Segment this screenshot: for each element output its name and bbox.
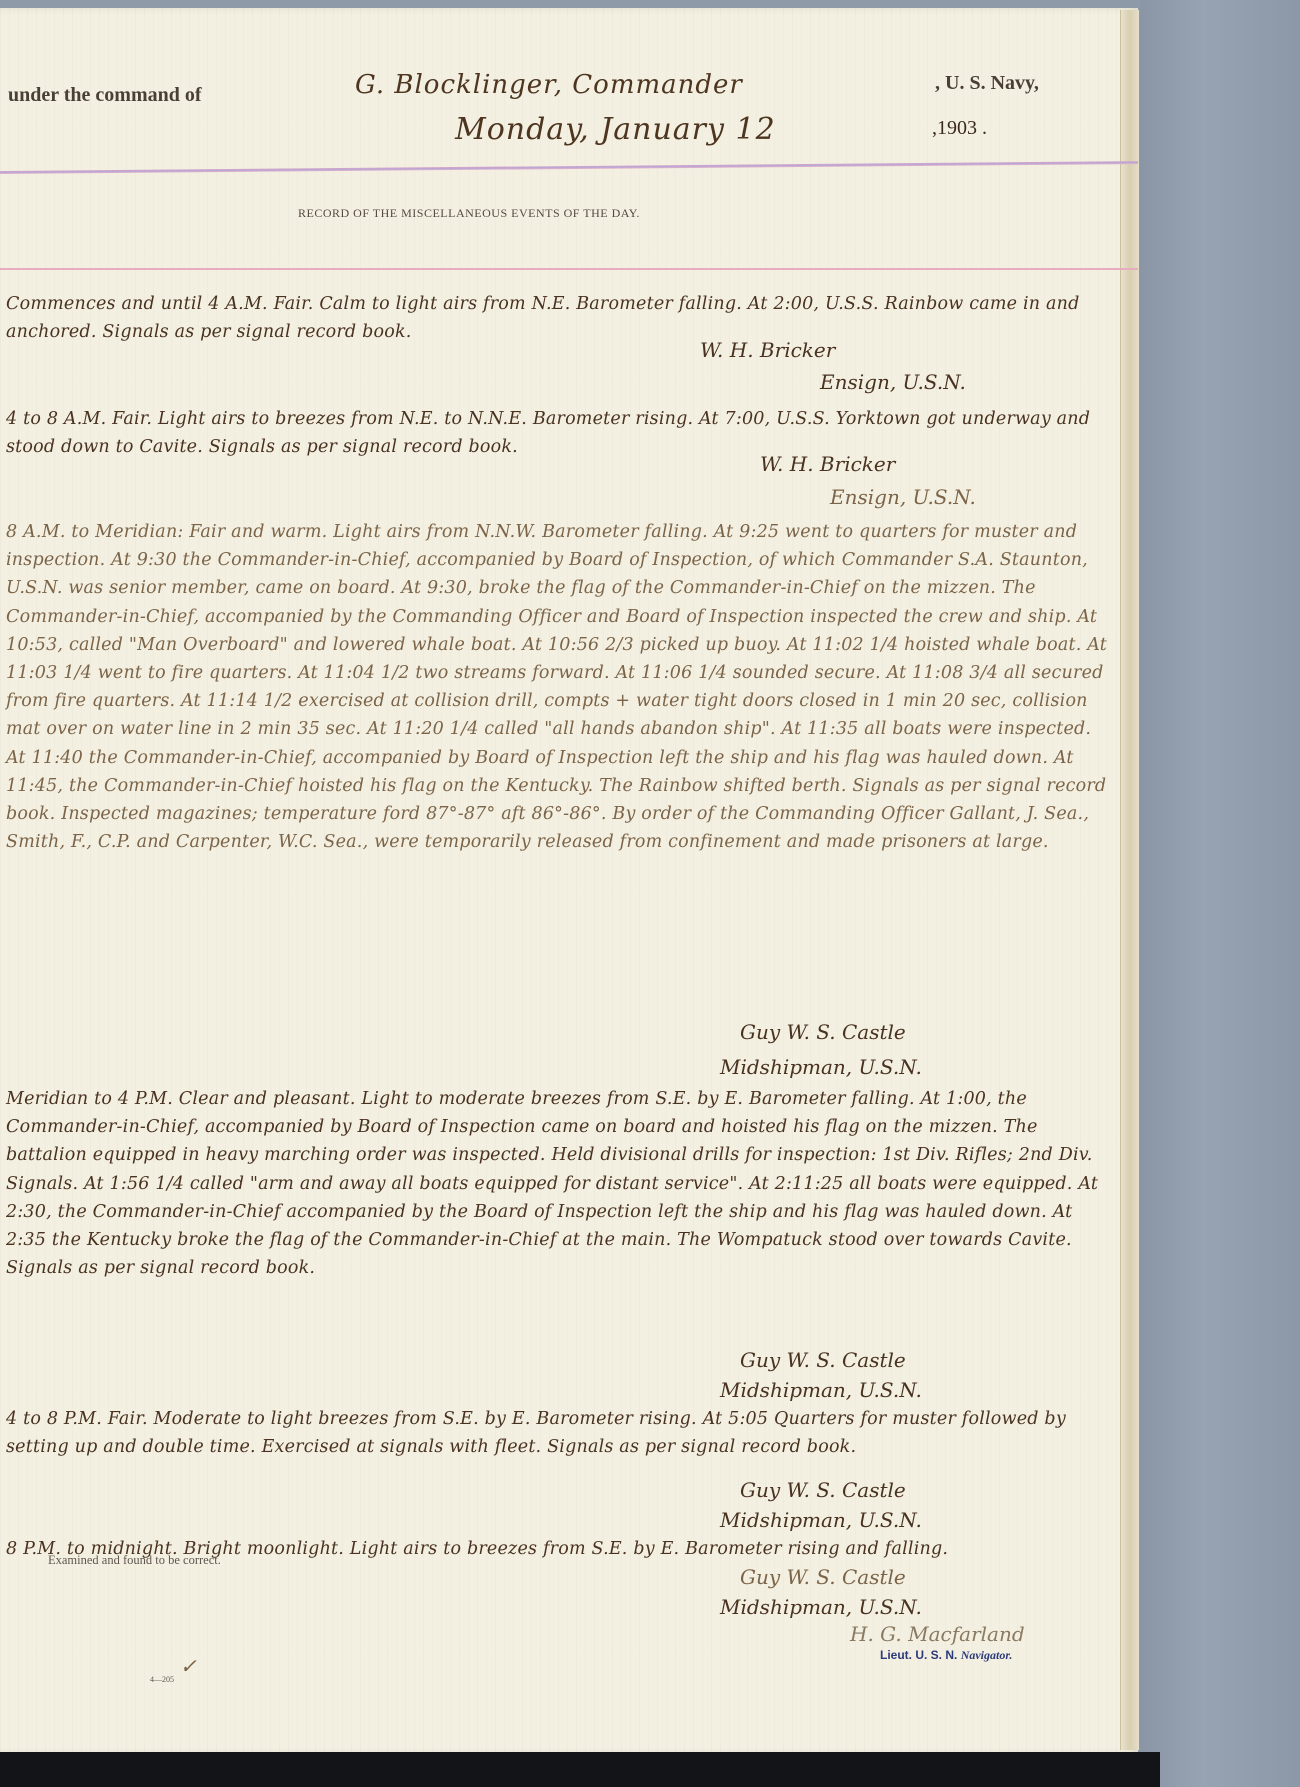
log-year: ,1903 .	[932, 117, 987, 140]
page-edge	[1120, 10, 1139, 1750]
service-label: , U. S. Navy,	[935, 72, 1039, 95]
log-entry-midnight-4am: Commences and until 4 A.M. Fair. Calm to…	[6, 290, 1116, 346]
section-title: RECORD OF THE MISCELLANEOUS EVENTS OF TH…	[298, 206, 640, 221]
navigator-signature: H. G. Macfarland	[850, 1622, 1025, 1646]
section-rule	[0, 268, 1138, 270]
log-entry-8am-meridian: 8 A.M. to Meridian: Fair and warm. Light…	[6, 518, 1116, 856]
entry-signature: Guy W. S. Castle	[740, 1020, 906, 1044]
entry-rank: Midshipman, U.S.N.	[720, 1595, 922, 1619]
entry-rank: Midshipman, U.S.N.	[720, 1378, 922, 1402]
entry-rank: Ensign, U.S.N.	[830, 485, 976, 509]
entry-rank: Midshipman, U.S.N.	[720, 1055, 922, 1079]
examined-label: Examined and found to be correct.	[48, 1553, 221, 1568]
log-entry-meridian-4pm: Meridian to 4 P.M. Clear and pleasant. L…	[6, 1085, 1116, 1282]
background-bottom	[0, 1752, 1160, 1787]
form-number: 4—205	[150, 1675, 174, 1684]
command-label: under the command of	[8, 84, 202, 107]
navigator-title: Lieut. U. S. N. Navigator.	[880, 1648, 1012, 1663]
entry-rank: Midshipman, U.S.N.	[720, 1508, 922, 1532]
navigator-title-prefix: Lieut. U. S. N.	[880, 1648, 957, 1662]
entry-signature: W. H. Bricker	[700, 338, 835, 362]
entry-signature: Guy W. S. Castle	[740, 1565, 906, 1589]
entry-signature: W. H. Bricker	[760, 452, 895, 476]
entry-rank: Ensign, U.S.N.	[820, 370, 966, 394]
log-entry-4pm-8pm: 4 to 8 P.M. Fair. Moderate to light bree…	[6, 1405, 1116, 1461]
entry-signature: Guy W. S. Castle	[740, 1478, 906, 1502]
background-right	[1140, 0, 1300, 1787]
check-mark-icon: ✓	[180, 1654, 197, 1678]
log-entry-4am-8am: 4 to 8 A.M. Fair. Light airs to breezes …	[6, 405, 1116, 461]
navigator-title-suffix: Navigator.	[961, 1648, 1013, 1662]
entry-signature: Guy W. S. Castle	[740, 1348, 906, 1372]
log-date: Monday, January 12	[455, 112, 776, 147]
commander-name: G. Blocklinger, Commander	[355, 70, 743, 100]
